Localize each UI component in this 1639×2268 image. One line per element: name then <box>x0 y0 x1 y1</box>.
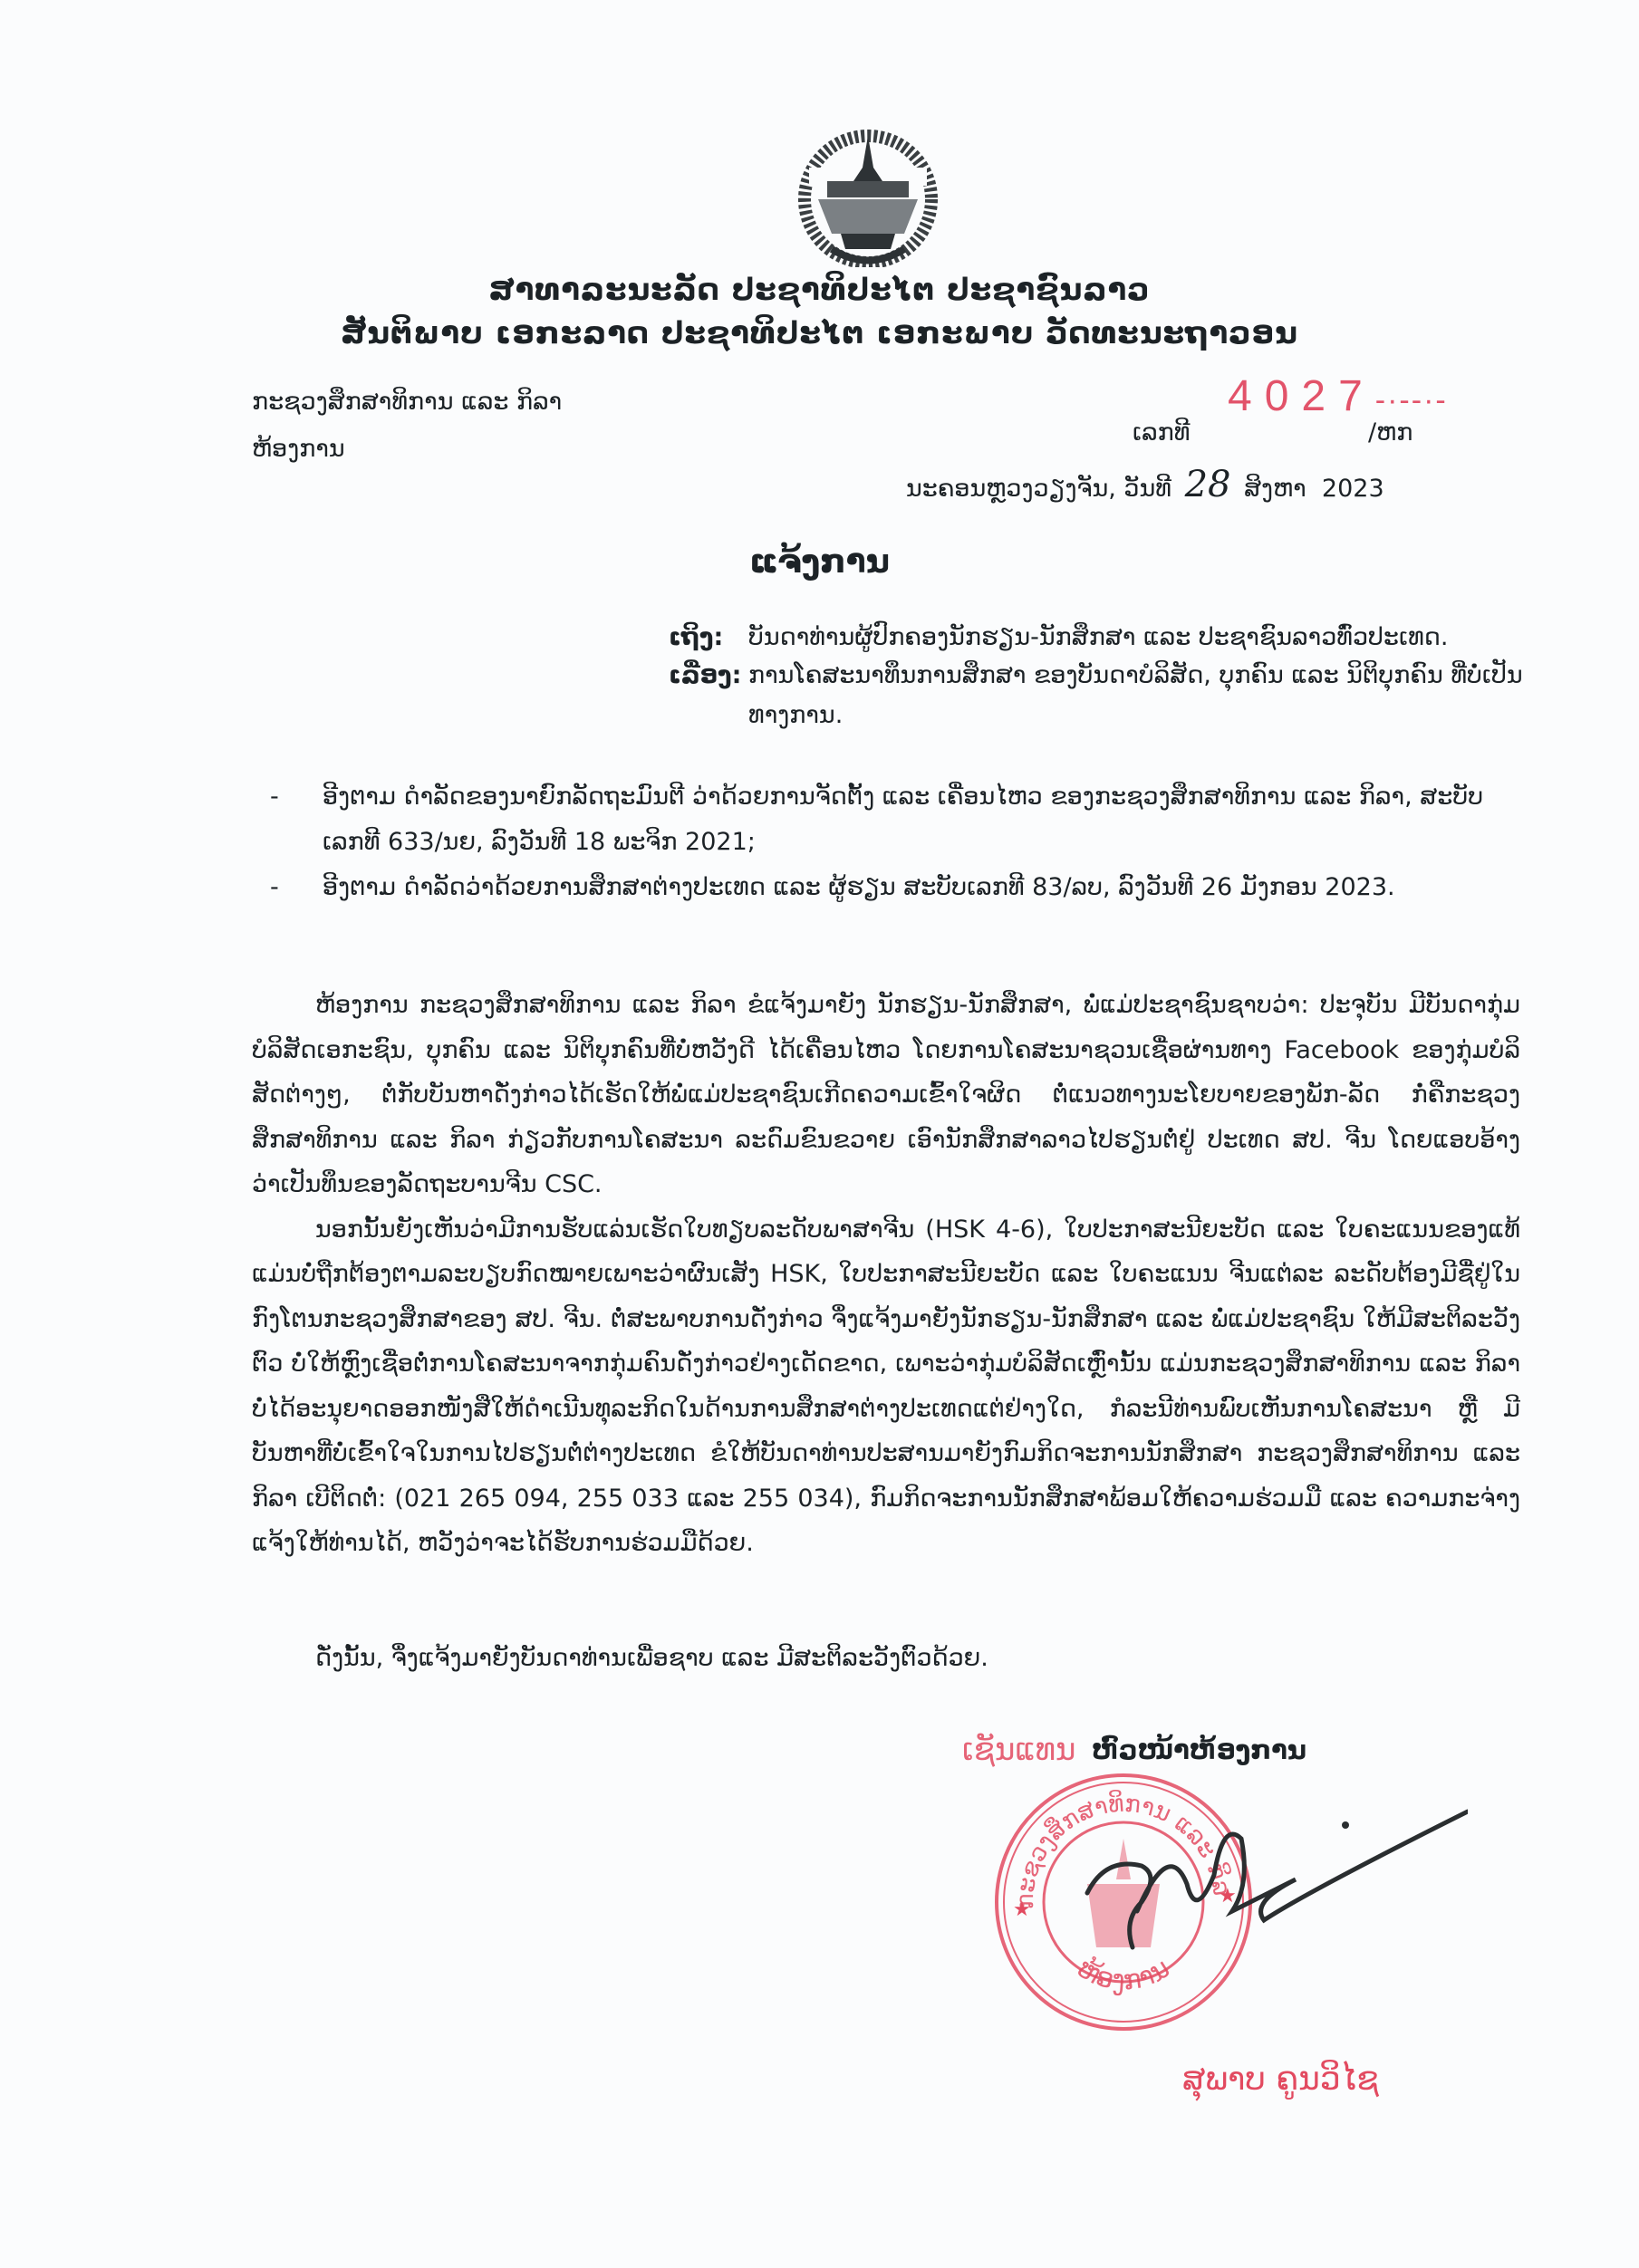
date-day: 28 <box>1185 464 1231 505</box>
office-name: ຫ້ອງການ <box>252 435 345 463</box>
date-year: 2023 <box>1322 475 1384 503</box>
reference-text: ອີງຕາມ ດຳລັດວ່າດ້ວຍການສຶກສາຕ່າງປະເທດ ແລະ… <box>323 865 1395 910</box>
signer-title: ຫົວໜ້າຫ້ອງການ <box>1092 1735 1306 1765</box>
reference-item: -ອີງຕາມ ດຳລັດວ່າດ້ວຍການສຶກສາຕ່າງປະເທດ ແລ… <box>270 865 1520 910</box>
stamped-suffix: -·--·- <box>1375 383 1448 418</box>
subject-row: ເລື່ອງ: ການໂຄສະນາທຶນການສຶກສາ ຂອງບັນດາບໍລ… <box>669 661 1546 735</box>
addressee-text: ບັນດາທ່ານຜູ້ປົກຄອງນັກຮຽນ-ນັກສຶກສາ ແລະ ປະ… <box>748 623 1448 651</box>
subject-text: ການໂຄສະນາທຶນການສຶກສາ ຂອງບັນດາບໍລິສັດ, ບຸ… <box>748 656 1546 735</box>
body-paragraph: ຫ້ອງການ ກະຊວງສຶກສາທິການ ແລະ ກິລາ ຂໍແຈ້ງມ… <box>252 983 1520 1207</box>
date-place: ນະຄອນຫຼວງວຽງຈັນ, ວັນທີ <box>906 475 1171 503</box>
reference-suffix: /ຫກ <box>1368 418 1412 447</box>
document-title: ແຈ້ງການ <box>0 543 1639 581</box>
body-paragraph: ນອກນັ້ນຍັງເຫັນວ່າມີການຮັບແລ່ນເຮັດໃບທຽບລະ… <box>252 1207 1520 1566</box>
lao-national-emblem <box>777 127 959 267</box>
addressee-row: ເຖິງ: ບັນດາທ່ານຜູ້ປົກຄອງນັກຮຽນ-ນັກສຶກສາ … <box>669 623 1448 651</box>
addressee-label: ເຖິງ: <box>669 623 748 651</box>
reference-item: -ອີງຕາມ ດຳລັດຂອງນາຍົກລັດຖະມົນຕີ ວ່າດ້ວຍກ… <box>270 774 1520 865</box>
subject-label: ເລື່ອງ: <box>669 661 748 735</box>
date-month: ສິງຫາ <box>1244 475 1306 503</box>
country-name: ສາທາລະນະລັດ ປະຊາທິປະໄຕ ປະຊາຊົນລາວ <box>0 272 1639 308</box>
reference-label: ເລກທີ <box>1133 418 1190 447</box>
closing-line: ດັ່ງນັ້ນ, ຈຶ່ງແຈ້ງມາຍັງບັນດາທ່ານເພື່ອຊາບ… <box>315 1644 988 1672</box>
notice-body: ຫ້ອງການ ກະຊວງສຶກສາທິການ ແລະ ກິລາ ຂໍແຈ້ງມ… <box>252 983 1520 1566</box>
national-motto: ສັນຕິພາບ ເອກະລາດ ປະຊາທິປະໄຕ ເອກະພາບ ວັດທ… <box>0 315 1639 351</box>
acting-for-stamp: ເຊັນແທນ <box>962 1732 1075 1768</box>
legal-references: -ອີງຕາມ ດຳລັດຂອງນາຍົກລັດຖະມົນຕີ ວ່າດ້ວຍກ… <box>270 774 1520 910</box>
svg-text:★: ★ <box>1013 1898 1031 1921</box>
handwritten-signature <box>1069 1784 1468 1965</box>
dateline: ນະຄອນຫຼວງວຽງຈັນ, ວັນທີ 28 ສິງຫາ 2023 <box>906 464 1384 505</box>
stamped-reference-number: 4027-·--·- <box>1228 371 1448 421</box>
ministry-name: ກະຊວງສຶກສາທິການ ແລະ ກິລາ <box>252 388 562 416</box>
reference-text: ອີງຕາມ ດຳລັດຂອງນາຍົກລັດຖະມົນຕີ ວ່າດ້ວຍກາ… <box>323 774 1520 865</box>
signer-name: ສຸພາບ ຄູນວິໄຊ <box>1182 2061 1379 2098</box>
stamped-number: 4027 <box>1228 372 1375 420</box>
